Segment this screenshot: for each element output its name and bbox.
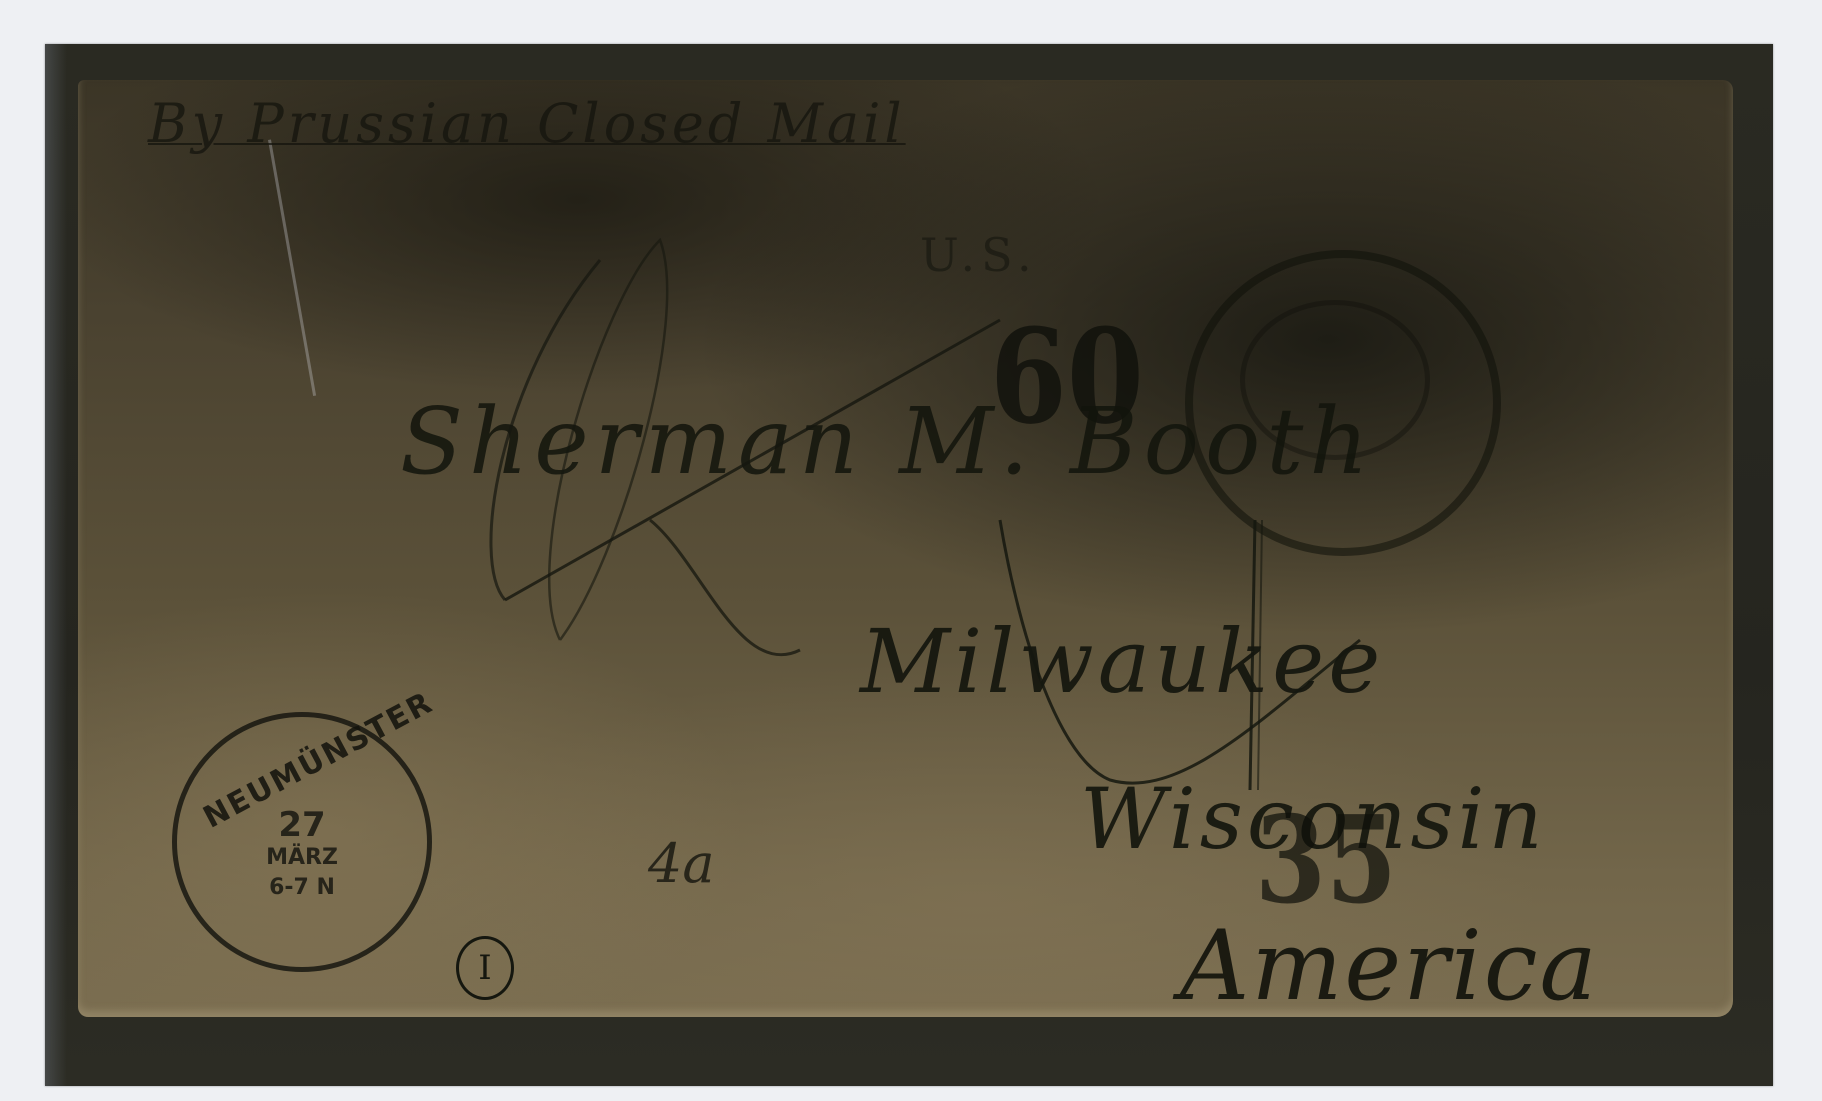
manuscript-strokes <box>0 0 1822 1101</box>
